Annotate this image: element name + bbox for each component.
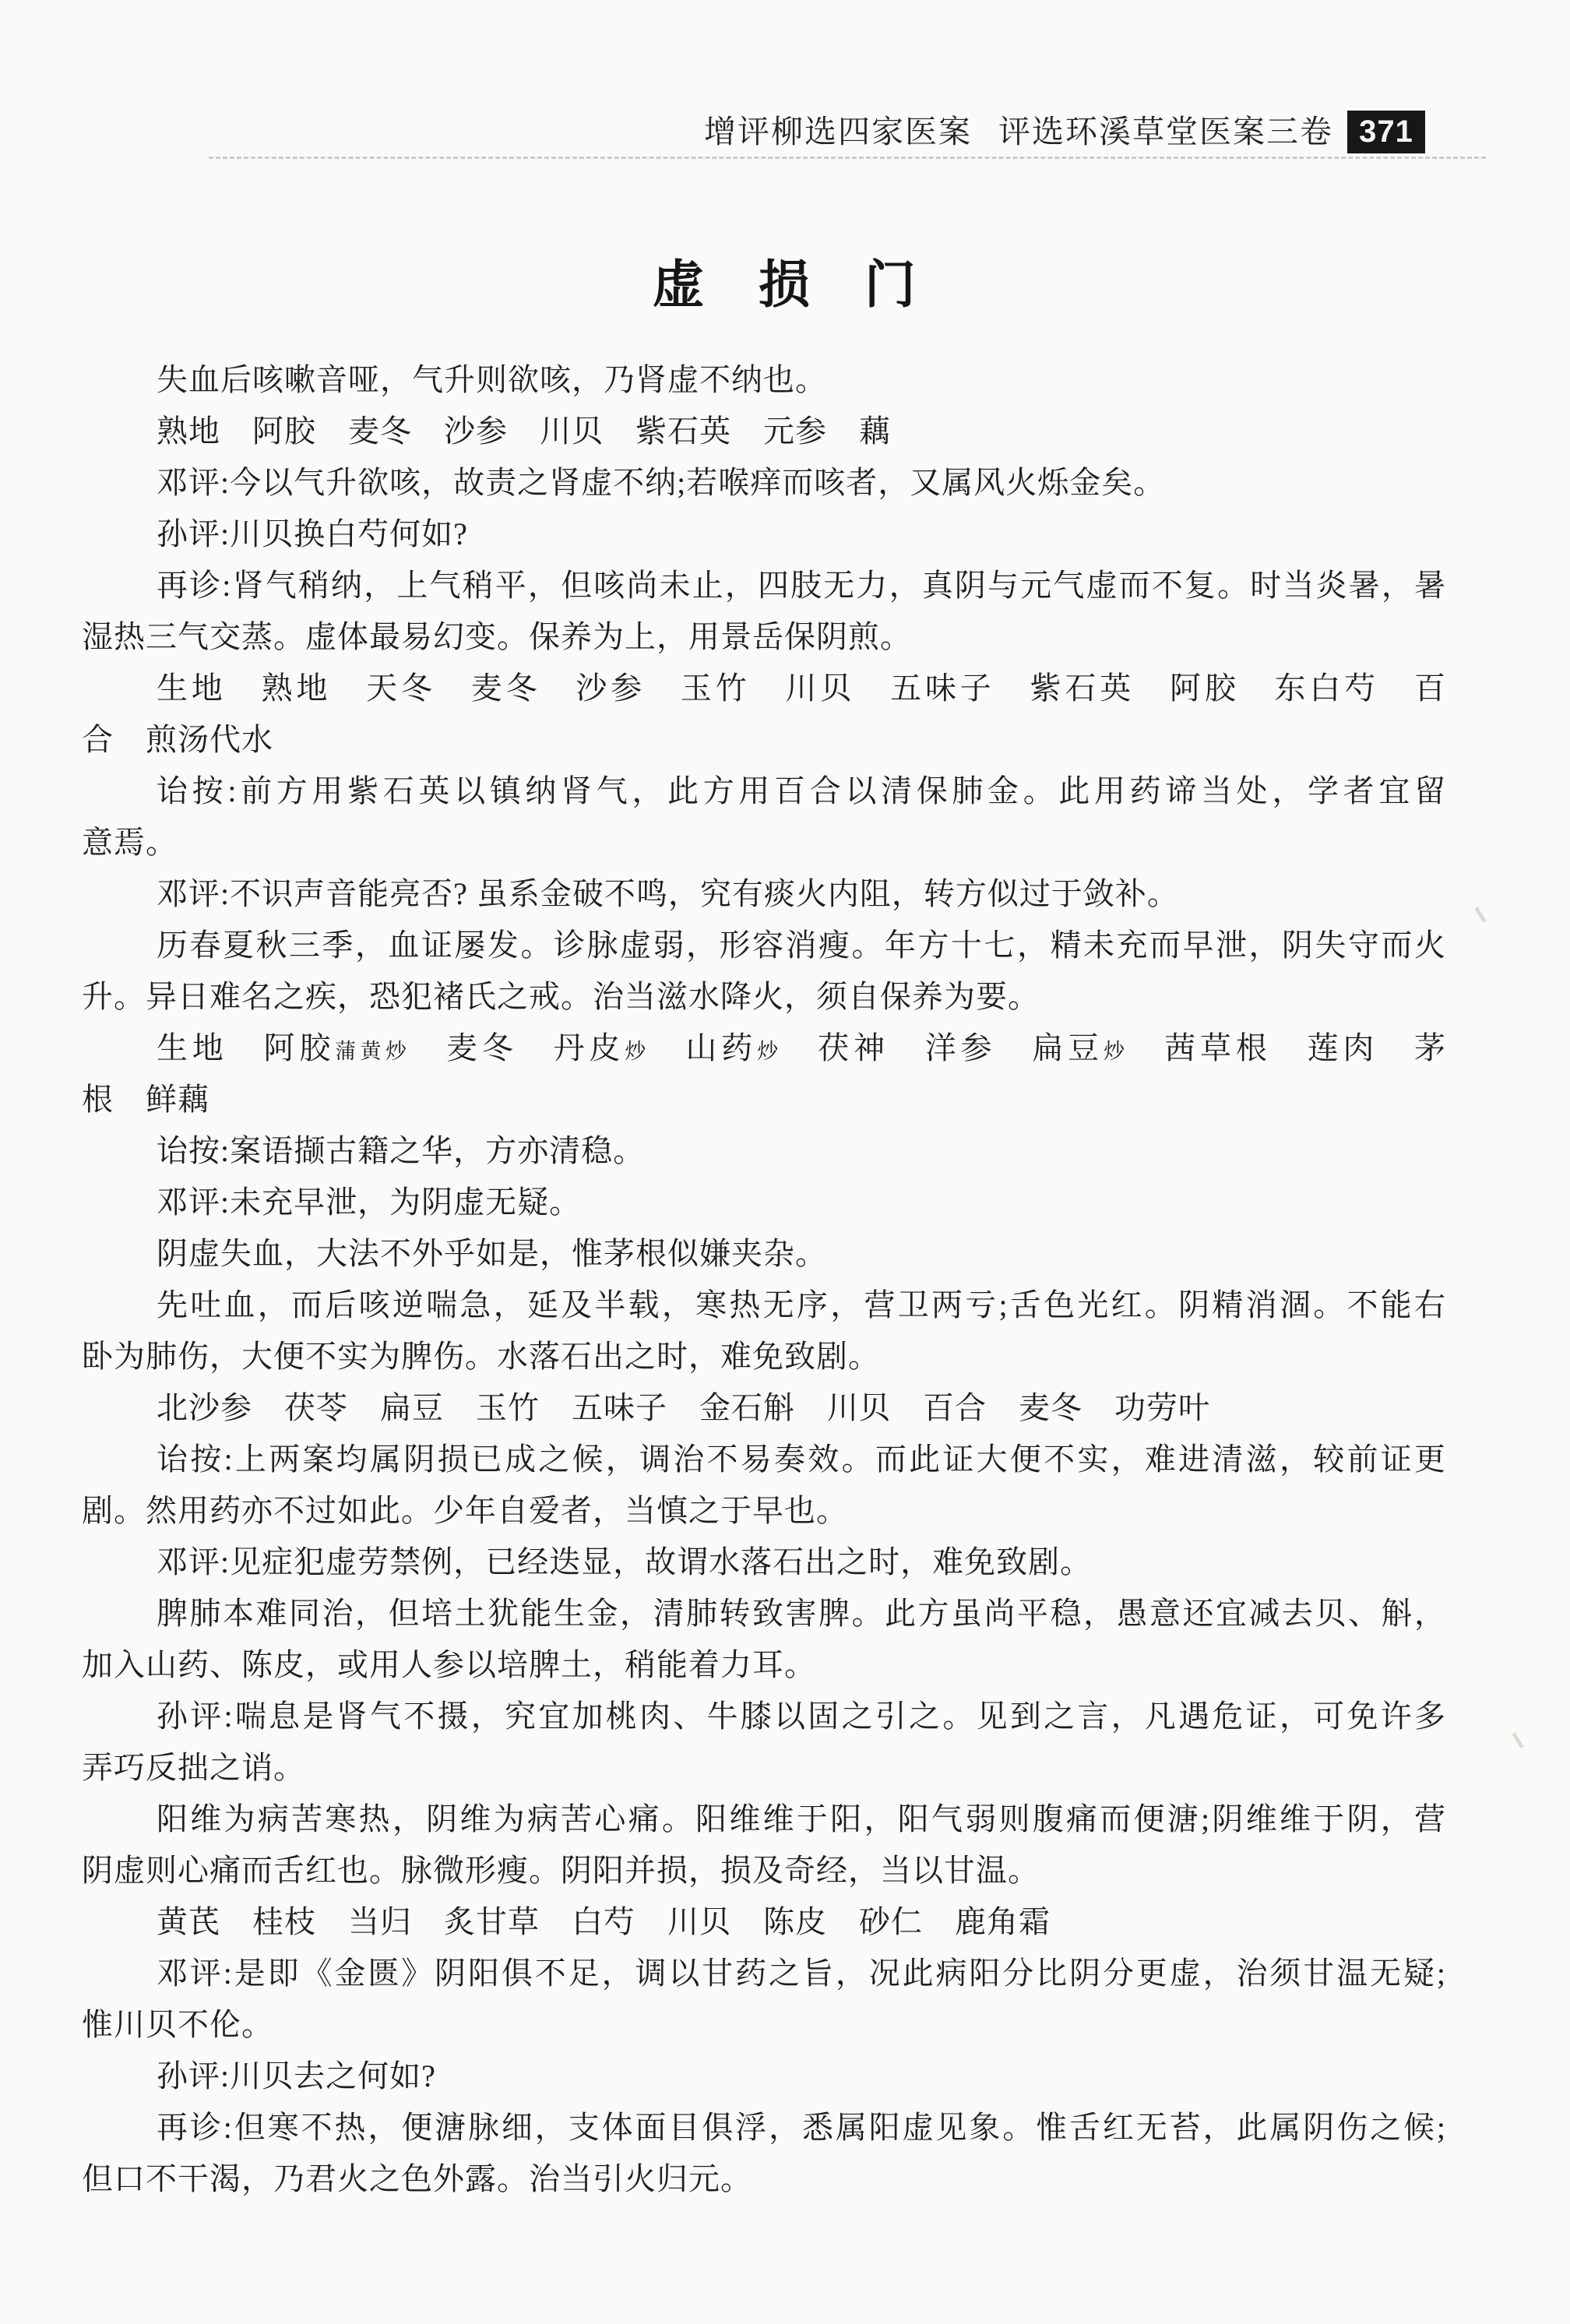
- text-line: 意焉。: [82, 817, 1446, 868]
- running-title-book: 增评柳选四家医案: [704, 114, 972, 150]
- text-line: 失血后咳嗽音哑，气升则欲咳，乃肾虚不纳也。: [82, 354, 1446, 406]
- herb-preparation-note: 蒲黄炒: [335, 1040, 410, 1063]
- herb-names-segment: 茯神 洋参 扁豆: [782, 1030, 1104, 1065]
- text-line: 孙评:川贝换白芍何如?: [82, 509, 1446, 560]
- running-title-volume: 评选环溪草堂医案三卷: [998, 114, 1333, 150]
- text-line: 加入山药、陈皮，或用人参以培脾土，稍能着力耳。: [82, 1639, 1446, 1691]
- text-line: 邓评:不识声音能亮否? 虽系金破不鸣，究有痰火内阻，转方似过于敛补。: [82, 868, 1446, 920]
- herb-list-line: 北沙参 茯苓 扁豆 玉竹 五味子 金石斛 川贝 百合 麦冬 功劳叶: [82, 1382, 1446, 1434]
- text-line: 邓评:未充早泄，为阴虚无疑。: [82, 1177, 1446, 1228]
- running-header: 增评柳选四家医案评选环溪草堂医案三卷 371: [704, 110, 1425, 153]
- text-line: 阳维为病苦寒热，阴维为病苦心痛。阳维维于阳，阳气弱则腹痛而便溏;阴维维于阴，营: [82, 1794, 1446, 1845]
- herb-names-segment: 山药: [650, 1030, 758, 1065]
- text-line: 邓评:是即《金匮》阴阳俱不足，调以甘药之旨，况此病阳分比阴分更虚，治须甘温无疑;: [82, 1948, 1446, 1999]
- text-line: 再诊:但寒不热，便溏脉细，支体面目俱浮，悉属阳虚见象。惟舌红无苔，此属阴伤之候;: [82, 2102, 1446, 2153]
- book-page: 增评柳选四家医案评选环溪草堂医案三卷 371 虚 损 门 失血后咳嗽音哑，气升则…: [0, 0, 1570, 2324]
- text-line: 邓评:见症犯虚劳禁例，已经迭显，故谓水落石出之时，难免致剧。: [82, 1537, 1446, 1588]
- text-line: 脾肺本难同治，但培土犹能生金，清肺转致害脾。此方虽尚平稳，愚意还宜减去贝、斛，: [82, 1588, 1446, 1639]
- text-line: 诒按:前方用紫石英以镇纳肾气，此方用百合以清保肺金。此用药谛当处，学者宜留: [82, 766, 1446, 817]
- herb-preparation-note: 炒: [1104, 1040, 1128, 1063]
- herb-preparation-note: 炒: [625, 1040, 649, 1063]
- section-title: 虚 损 门: [0, 243, 1570, 317]
- text-line: 惟川贝不伦。: [82, 1999, 1446, 2051]
- text-line: 剧。然用药亦不过如此。少年自爱者，当慎之于早也。: [82, 1485, 1446, 1537]
- text-line: 阴虚失血，大法不外乎如是，惟茅根似嫌夹杂。: [82, 1228, 1446, 1280]
- herb-list-line: 生地 阿胶蒲黄炒 麦冬 丹皮炒 山药炒 茯神 洋参 扁豆炒 茜草根 莲肉 茅: [82, 1023, 1446, 1074]
- text-line: 阴虚则心痛而舌红也。脉微形瘦。阴阳并损，损及奇经，当以甘温。: [82, 1845, 1446, 1896]
- text-line: 孙评:川贝去之何如?: [82, 2051, 1446, 2102]
- page-number-badge: 371: [1347, 111, 1425, 153]
- herb-list-line: 根 鲜藕: [82, 1074, 1446, 1125]
- herb-list-line: 熟地 阿胶 麦冬 沙参 川贝 紫石英 元参 藕: [82, 406, 1446, 457]
- text-line: 卧为肺伤，大便不实为脾伤。水落石出之时，难免致剧。: [82, 1331, 1446, 1382]
- header-divider-rule: [209, 157, 1486, 159]
- body-text: 失血后咳嗽音哑，气升则欲咳，乃肾虚不纳也。 熟地 阿胶 麦冬 沙参 川贝 紫石英…: [82, 354, 1446, 2205]
- herb-list-line: 黄芪 桂枝 当归 炙甘草 白芍 川贝 陈皮 砂仁 鹿角霜: [82, 1896, 1446, 1948]
- text-line: 弄巧反拙之诮。: [82, 1742, 1446, 1794]
- text-line: 再诊:肾气稍纳，上气稍平，但咳尚未止，四肢无力，真阴与元气虚而不复。时当炎暑，暑: [82, 560, 1446, 611]
- text-line: 诒按:上两案均属阴损已成之候，调治不易奏效。而此证大便不实，难进清滋，较前证更: [82, 1434, 1446, 1485]
- herb-preparation-note: 炒: [757, 1040, 782, 1063]
- herb-names-segment: 茜草根 莲肉 茅: [1128, 1030, 1446, 1065]
- herb-list-line: 生地 熟地 天冬 麦冬 沙参 玉竹 川贝 五味子 紫石英 阿胶 东白芍 百: [82, 663, 1446, 714]
- text-line: 湿热三气交蒸。虚体最易幻变。保养为上，用景岳保阴煎。: [82, 611, 1446, 663]
- herb-names-segment: 生地 阿胶: [157, 1030, 335, 1065]
- herb-names-segment: 麦冬 丹皮: [410, 1030, 625, 1065]
- scan-artifact: [1474, 904, 1491, 923]
- text-line: 邓评:今以气升欲咳，故责之肾虚不纳;若喉痒而咳者，又属风火烁金矣。: [82, 457, 1446, 509]
- scan-artifact: [1512, 1730, 1528, 1748]
- herb-list-line: 合 煎汤代水: [82, 714, 1446, 766]
- text-line: 孙评:喘息是肾气不摄，究宜加桃肉、牛膝以固之引之。见到之言，凡遇危证，可免许多: [82, 1691, 1446, 1742]
- text-line: 诒按:案语撷古籍之华，方亦清稳。: [82, 1125, 1446, 1177]
- text-line: 先吐血，而后咳逆喘急，延及半载，寒热无序，营卫两亏;舌色光红。阴精消涸。不能右: [82, 1280, 1446, 1331]
- text-line: 但口不干渴，乃君火之色外露。治当引火归元。: [82, 2153, 1446, 2205]
- text-line: 历春夏秋三季，血证屡发。诊脉虚弱，形容消瘦。年方十七，精未充而早泄，阴失守而火: [82, 920, 1446, 971]
- text-line: 升。异日难名之疾，恐犯褚氏之戒。治当滋水降火，须自保养为要。: [82, 971, 1446, 1023]
- running-title: 增评柳选四家医案评选环溪草堂医案三卷: [704, 110, 1333, 153]
